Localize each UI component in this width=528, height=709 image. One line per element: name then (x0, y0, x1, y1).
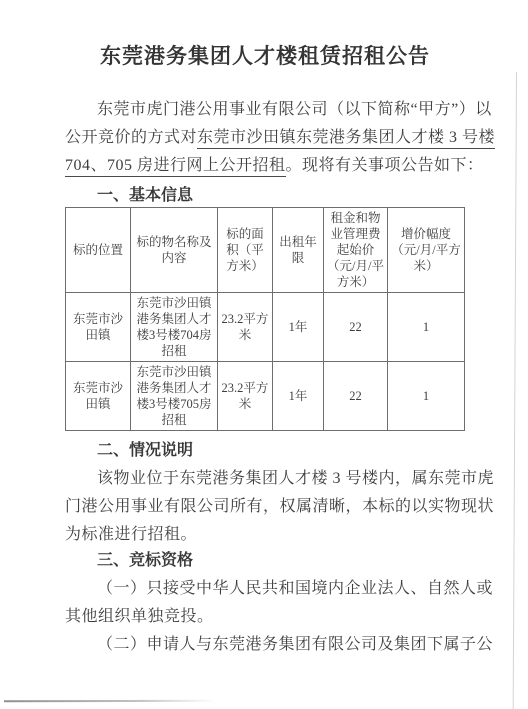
intro-line-3-underlined-text: 704、705 房进行网上公开招租 (65, 157, 286, 177)
header-lease-term: 出租年限 (273, 208, 324, 293)
header-location: 标的位置 (66, 208, 131, 293)
intro-line-3: 704、705 房进行网上公开招租。现将有关事项公告如下： (65, 152, 465, 180)
section-qualification-heading: 三、竞标资格 (97, 550, 465, 572)
intro-paragraph: 东莞市虎门港公用事业有限公司（以下简称“甲方”）以 公开竞价的方式对东莞市沙田镇… (65, 96, 465, 180)
cell-subject-704: 东莞市沙田镇港务集团人才楼3号楼704房招租 (131, 293, 218, 362)
scanned-document-page: 东莞港务集团人才楼租赁招租公告 东莞市虎门港公用事业有限公司（以下简称“甲方”）… (0, 0, 528, 709)
intro-line-3-text: 。现将有关事项公告如下： (286, 157, 484, 174)
cell-location-705: 东莞市沙田镇 (66, 362, 131, 431)
basic-info-table: 标的位置 标的物名称及内容 标的面积（平方米） 出租年限 租金和物业管理费起始价… (65, 207, 465, 431)
header-area: 标的面积（平方米） (218, 208, 273, 293)
document-content: 东莞港务集团人才楼租赁招租公告 东莞市虎门港公用事业有限公司（以下简称“甲方”）… (65, 0, 465, 659)
scan-edge-bottom-line (4, 700, 216, 703)
document-title: 东莞港务集团人才楼租赁招租公告 (65, 44, 465, 70)
cell-location-704: 东莞市沙田镇 (66, 293, 131, 362)
intro-line-1-text: 东莞市虎门港公用事业有限公司（以下简称“甲方”）以 (97, 101, 492, 118)
cell-area-705: 23.2平方米 (218, 362, 273, 431)
cell-increment-704: 1 (388, 293, 465, 362)
cell-area-704: 23.2平方米 (218, 293, 273, 362)
qualification-item-1-line-1: （一）只接受中华人民共和国境内企业法人、自然人或 (65, 575, 465, 603)
cell-subject-705: 东莞市沙田镇港务集团人才楼3号楼705房招租 (131, 362, 218, 431)
header-starting-price: 租金和物业管理费起始价（元/月/平方米） (324, 208, 388, 293)
section-situation-heading: 二、情况说明 (97, 440, 465, 462)
situation-line-2: 门港公用事业有限公司所有，权属清晰，本标的以实物现状 (65, 493, 465, 521)
qualification-item-2: （二）申请人与东莞港务集团有限公司及集团下属子公 (65, 631, 465, 659)
table-header-row: 标的位置 标的物名称及内容 标的面积（平方米） 出租年限 租金和物业管理费起始价… (66, 208, 465, 293)
cell-term-704: 1年 (273, 293, 324, 362)
qualification-item-2-line-1: （二）申请人与东莞港务集团有限公司及集团下属子公 (65, 631, 465, 659)
qualification-item-1: （一）只接受中华人民共和国境内企业法人、自然人或 其他组织单独竞投。 (65, 575, 465, 631)
section-basic-info-heading: 一、基本信息 (97, 185, 465, 207)
intro-line-2-underlined-text: 东莞市沙田镇东莞港务集团人才楼 3 号楼 (197, 129, 495, 149)
situation-paragraph: 该物业位于东莞港务集团人才楼 3 号楼内，属东莞市虎 门港公用事业有限公司所有，… (65, 465, 465, 549)
cell-price-705: 22 (324, 362, 388, 431)
cell-term-705: 1年 (273, 362, 324, 431)
header-subject-name: 标的物名称及内容 (131, 208, 218, 293)
scan-edge-right-line (513, 72, 517, 709)
qualification-item-1-line-2: 其他组织单独竞投。 (65, 603, 465, 631)
intro-line-1: 东莞市虎门港公用事业有限公司（以下简称“甲方”）以 (65, 96, 465, 124)
cell-price-704: 22 (324, 293, 388, 362)
situation-line-1: 该物业位于东莞港务集团人才楼 3 号楼内，属东莞市虎 (65, 465, 465, 493)
intro-line-2: 公开竞价的方式对东莞市沙田镇东莞港务集团人才楼 3 号楼 (65, 124, 465, 152)
situation-line-3: 为标准进行招租。 (65, 521, 465, 549)
table-row-705: 东莞市沙田镇 东莞市沙田镇港务集团人才楼3号楼705房招租 23.2平方米 1年… (66, 362, 465, 431)
cell-increment-705: 1 (388, 362, 465, 431)
header-increment: 增价幅度（元/月/平方米） (388, 208, 465, 293)
table-row-704: 东莞市沙田镇 东莞市沙田镇港务集团人才楼3号楼704房招租 23.2平方米 1年… (66, 293, 465, 362)
intro-line-2-text: 公开竞价的方式对 (65, 129, 197, 146)
